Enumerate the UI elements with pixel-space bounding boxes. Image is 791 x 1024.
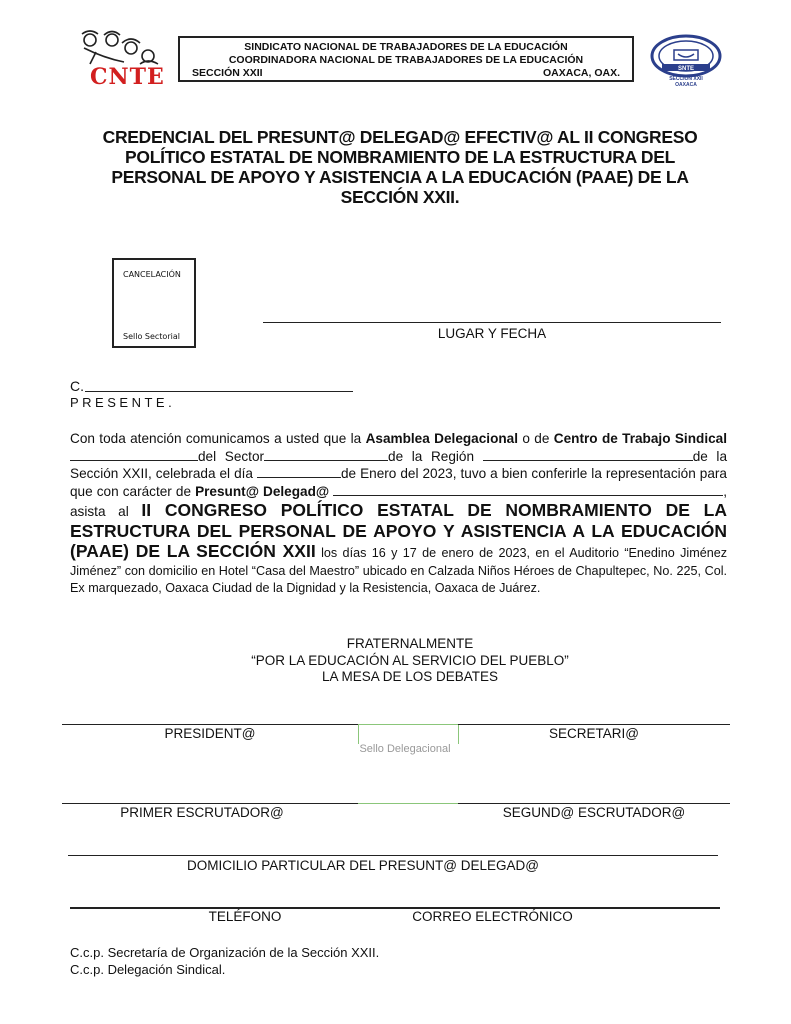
region-field[interactable] bbox=[483, 448, 693, 461]
body-text: o de bbox=[518, 431, 554, 446]
address-label: DOMICILIO PARTICULAR DEL PRESUNT@ DELEGA… bbox=[68, 858, 658, 873]
seal-area-bottom bbox=[358, 803, 458, 804]
seal-area-top bbox=[358, 724, 458, 725]
header-location: OAXACA, OAX. bbox=[543, 67, 620, 80]
secretary-label: SECRETARI@ bbox=[458, 726, 730, 741]
header-line-1: SINDICATO NACIONAL DE TRABAJADORES DE LA… bbox=[180, 41, 632, 54]
body-text: Con toda atención comunicamos a usted qu… bbox=[70, 431, 366, 446]
cnte-logo-icon: CNTE bbox=[76, 28, 166, 90]
address-field[interactable] bbox=[68, 855, 718, 856]
email-label: CORREO ELECTRÓNICO bbox=[390, 909, 595, 924]
sector-field[interactable] bbox=[264, 448, 388, 461]
body-text: del Sector bbox=[198, 449, 264, 464]
cancellation-label: CANCELACIÓN bbox=[123, 270, 181, 279]
body-bold: Centro de Trabajo Sindical bbox=[554, 431, 727, 446]
header-line-2: COORDINADORA NACIONAL DE TRABAJADORES DE… bbox=[180, 54, 632, 67]
title-line: CREDENCIAL DEL PRESUNT@ DELEGAD@ EFECTIV… bbox=[70, 127, 730, 147]
place-date-label: LUGAR Y FECHA bbox=[263, 326, 721, 341]
second-scrutineer-signature-field[interactable] bbox=[458, 803, 730, 804]
closing-block: FRATERNALMENTE “POR LA EDUCACIÓN AL SERV… bbox=[200, 636, 620, 686]
title-line: PERSONAL DE APOYO Y ASISTENCIA A LA EDUC… bbox=[70, 167, 730, 187]
cnte-figures-icon bbox=[76, 28, 166, 68]
closing-line: LA MESA DE LOS DEBATES bbox=[200, 669, 620, 686]
work-center-field[interactable] bbox=[70, 448, 198, 461]
delegate-name-field[interactable] bbox=[333, 483, 723, 496]
carbon-copy-block: C.c.p. Secretaría de Organización de la … bbox=[70, 944, 379, 978]
day-field[interactable] bbox=[257, 465, 341, 478]
cnte-logo-text: CNTE bbox=[90, 64, 165, 90]
header-line-3: SECCIÓN XXII OAXACA, OAX. bbox=[180, 67, 632, 80]
body-paragraph: Con toda atención comunicamos a usted qu… bbox=[70, 430, 727, 597]
president-signature-field[interactable] bbox=[62, 724, 358, 725]
body-text: de la Región bbox=[388, 449, 474, 464]
phone-label: TELÉFONO bbox=[190, 909, 300, 924]
header-section: SECCIÓN XXII bbox=[192, 67, 263, 80]
ccp-line: C.c.p. Secretaría de Organización de la … bbox=[70, 944, 379, 961]
svg-text:SNTE: SNTE bbox=[678, 66, 694, 72]
title-line: POLÍTICO ESTATAL DE NOMBRAMIENTO DE LA E… bbox=[70, 147, 730, 167]
recipient-name-field[interactable] bbox=[85, 391, 353, 392]
header-box: SINDICATO NACIONAL DE TRABAJADORES DE LA… bbox=[178, 36, 634, 82]
second-scrutineer-label: SEGUND@ ESCRUTADOR@ bbox=[458, 805, 730, 820]
body-bold: Asamblea Delegacional bbox=[366, 431, 518, 446]
first-scrutineer-signature-field[interactable] bbox=[62, 803, 358, 804]
ccp-line: C.c.p. Delegación Sindical. bbox=[70, 961, 379, 978]
closing-motto: “POR LA EDUCACIÓN AL SERVICIO DEL PUEBLO… bbox=[200, 653, 620, 670]
cancellation-stamp-box: CANCELACIÓN Sello Sectorial bbox=[112, 258, 196, 348]
sectorial-seal-label: Sello Sectorial bbox=[123, 332, 180, 341]
first-scrutineer-label: PRIMER ESCRUTADOR@ bbox=[62, 805, 342, 820]
president-label: PRESIDENT@ bbox=[62, 726, 358, 741]
recipient-prefix: C. bbox=[70, 378, 84, 394]
seal-area-left bbox=[358, 724, 359, 744]
body-bold: Presunt@ Delegad@ bbox=[195, 484, 329, 499]
presente-label: PRESENTE. bbox=[70, 395, 175, 410]
delegational-seal-label: Sello Delegacional bbox=[355, 742, 455, 757]
title-line: SECCIÓN XXII. bbox=[70, 187, 730, 207]
snte-seal-icon: SNTE SECCION XXII OAXACA bbox=[648, 34, 724, 90]
closing-line: FRATERNALMENTE bbox=[200, 636, 620, 653]
secretary-signature-field[interactable] bbox=[458, 724, 730, 725]
document-title: CREDENCIAL DEL PRESUNT@ DELEGAD@ EFECTIV… bbox=[70, 127, 730, 207]
svg-text:OAXACA: OAXACA bbox=[675, 82, 697, 88]
place-date-field[interactable] bbox=[263, 322, 721, 323]
